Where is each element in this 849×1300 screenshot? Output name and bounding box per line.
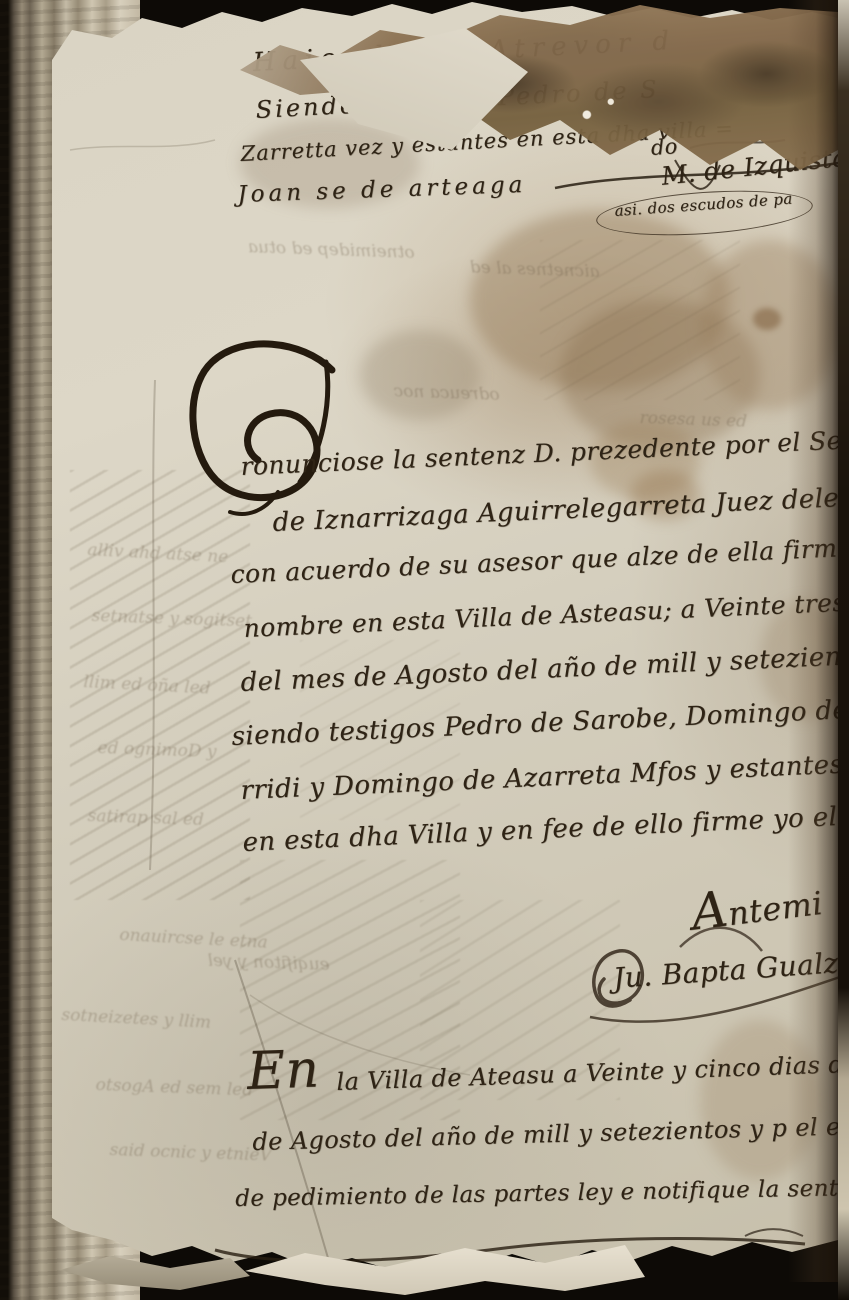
initial-flourish [182,332,342,522]
closing-lead-word: En [246,1039,320,1101]
manuscript-photo: otneimidep ed otua aicnetnes al ed alliv… [0,0,849,1300]
gutter-shadow [788,0,838,1282]
binding-edge [838,0,849,1300]
